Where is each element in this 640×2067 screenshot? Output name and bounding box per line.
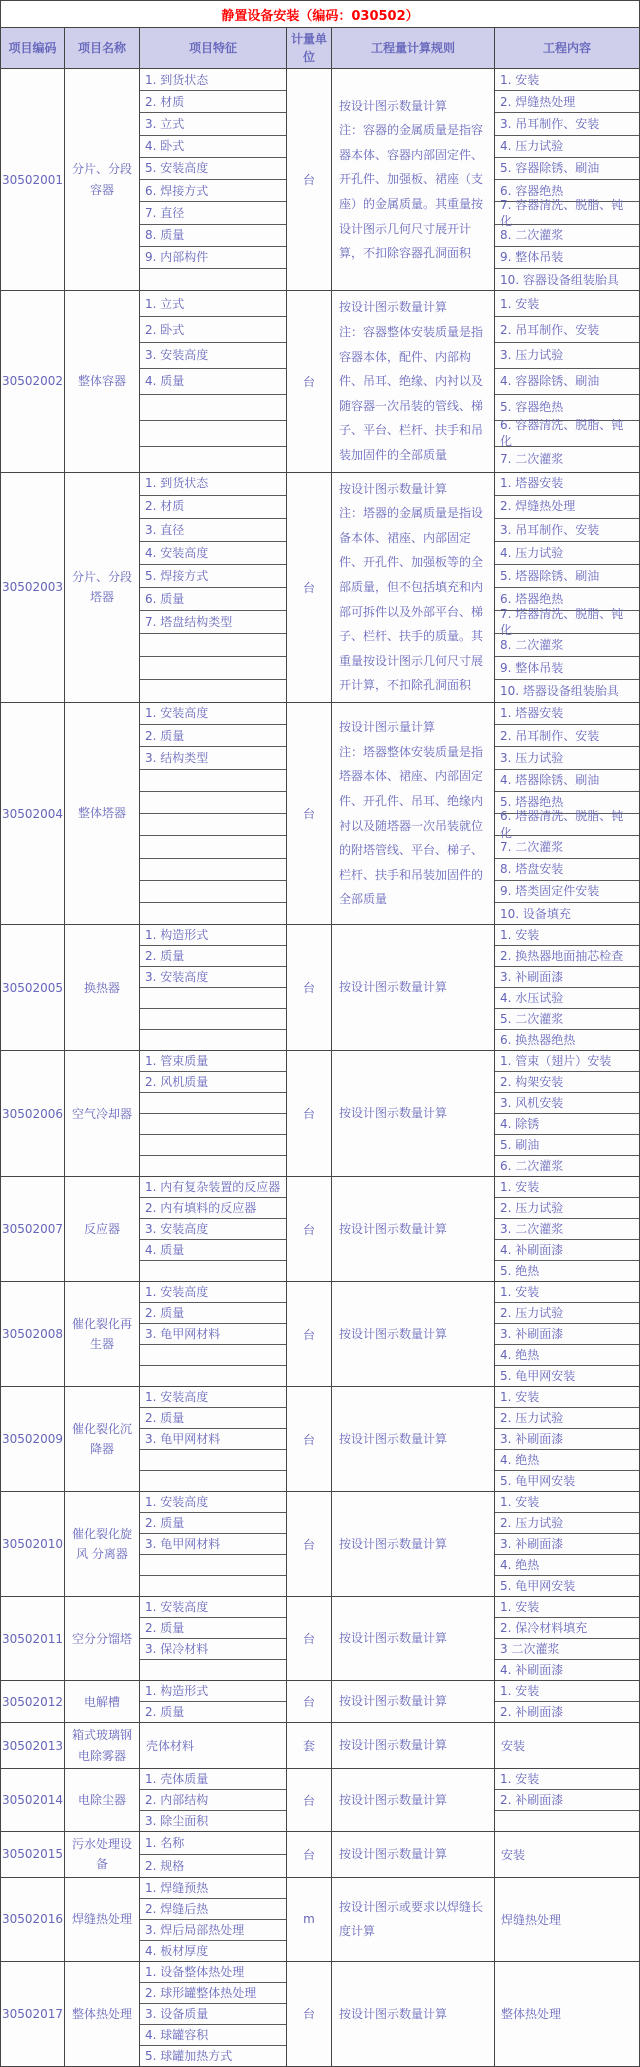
quantity-rule: 按设计图示数量计算 xyxy=(331,1681,494,1722)
content-item: 4. 塔器除锈、刷油 xyxy=(495,770,639,792)
content-item: 4. 水压试验 xyxy=(495,988,639,1009)
content-item: 安装 xyxy=(495,1832,639,1877)
measure-unit: 台 xyxy=(286,1832,331,1877)
feature-item: 5. 球罐加热方式 xyxy=(140,2046,286,2066)
table-row: 30502016焊缝热处理1. 焊缝预热2. 焊缝后热3. 焊后局部热处理4. … xyxy=(1,1877,639,1961)
contents-cell: 安装 xyxy=(494,1832,639,1877)
features-list: 1. 构造形式2. 质量 xyxy=(140,1681,286,1722)
project-name: 催化裂化沉降器 xyxy=(64,1387,139,1491)
feature-item: 1. 安装高度 xyxy=(140,1597,286,1618)
measure-unit: 套 xyxy=(286,1723,331,1768)
feature-item: 2. 球形罐整体热处理 xyxy=(140,1983,286,2004)
content-item: 2. 压力试验 xyxy=(495,1408,639,1429)
feature-item: 2. 质量 xyxy=(140,725,286,747)
feature-item: 2. 质量 xyxy=(140,1303,286,1324)
feature-item xyxy=(140,269,286,290)
feature-item: 3. 安装高度 xyxy=(140,1219,286,1240)
content-item: 1. 安装 xyxy=(495,1681,639,1702)
content-item: 9. 整体吊装 xyxy=(495,657,639,680)
features-list: 1. 安装高度2. 质量3. 龟甲网材料 xyxy=(140,1282,286,1386)
features-cell: 1. 壳体质量2. 内部结构3. 除尘面积 xyxy=(139,1769,286,1831)
content-item: 3. 补刷面漆 xyxy=(495,1534,639,1555)
feature-item: 1. 管束质量 xyxy=(140,1051,286,1072)
content-item: 安装 xyxy=(495,1723,639,1768)
contents-list: 1. 塔器安装2. 吊耳制作、安装3. 压力试验4. 塔器除锈、刷油5. 塔器绝… xyxy=(495,703,639,924)
features-cell: 1. 到货状态2. 材质3. 立式4. 卧式5. 安装高度6. 焊接方式7. 直… xyxy=(139,69,286,290)
contents-list: 1. 安装2. 焊缝热处理3. 吊耳制作、安装4. 压力试验5. 容器除锈、刷油… xyxy=(495,69,639,290)
project-name: 催化裂化旋风 分离器 xyxy=(64,1492,139,1596)
quantity-rule-line: 按设计图示量计算 xyxy=(339,715,487,740)
feature-item: 4. 质量 xyxy=(140,1240,286,1261)
measure-unit: 台 xyxy=(286,1597,331,1680)
contents-list: 1. 安装2. 补刷面漆 xyxy=(495,1769,639,1831)
quantity-rule-line: 按设计图示数量计算 xyxy=(339,1788,487,1813)
content-item: 5. 容器除锈、刷油 xyxy=(495,158,639,180)
feature-item: 1. 壳体质量 xyxy=(140,1769,286,1790)
features-list: 1. 立式2. 卧式3. 安装高度4. 质量 xyxy=(140,291,286,471)
content-item: 4. 补刷面漆 xyxy=(495,1660,639,1680)
project-name: 分片、分段容器 xyxy=(64,69,139,290)
feature-item: 2. 质量 xyxy=(140,1618,286,1639)
feature-item: 1. 构造形式 xyxy=(140,1681,286,1702)
features-cell: 1. 安装高度2. 质量3. 龟甲网材料 xyxy=(139,1492,286,1596)
content-item: 2. 构架安装 xyxy=(495,1072,639,1093)
content-item: 3 二次灌浆 xyxy=(495,1639,639,1660)
feature-item: 3. 保冷材料 xyxy=(140,1639,286,1660)
quantity-rule-line: 按设计图示数量计算 xyxy=(339,1842,487,1867)
project-code: 30502001 xyxy=(1,69,64,290)
measure-unit: 台 xyxy=(286,69,331,290)
content-item: 4. 补刷面漆 xyxy=(495,1240,639,1261)
features-list: 1. 安装高度2. 质量3. 保冷材料 xyxy=(140,1597,286,1680)
project-code: 30502011 xyxy=(1,1597,64,1680)
feature-item: 2. 质量 xyxy=(140,946,286,967)
contents-cell: 1. 安装2. 保冷材料填充3 二次灌浆4. 补刷面漆 xyxy=(494,1597,639,1680)
content-item: 4. 压力试验 xyxy=(495,542,639,565)
features-cell: 壳体材料 xyxy=(139,1723,286,1768)
contents-cell: 1. 安装2. 压力试验3. 二次灌浆4. 补刷面漆5. 绝热 xyxy=(494,1177,639,1281)
feature-item: 3. 直径 xyxy=(140,519,286,542)
feature-item: 2. 材质 xyxy=(140,496,286,519)
content-item: 4. 绝热 xyxy=(495,1555,639,1576)
content-item: 1. 安装 xyxy=(495,1769,639,1790)
feature-item xyxy=(140,988,286,1009)
content-item: 10. 设备填充 xyxy=(495,903,639,924)
features-cell: 1. 安装高度2. 质量3. 结构类型 xyxy=(139,703,286,924)
project-code: 30502003 xyxy=(1,473,64,702)
contents-cell: 1. 管束（翅片）安装2. 构架安装3. 风机安装4. 除锈5. 刷油6. 二次… xyxy=(494,1051,639,1176)
measure-unit: 台 xyxy=(286,1769,331,1831)
quantity-rule: 按设计图示数量计算 xyxy=(331,1723,494,1768)
quantity-rule: 按设计图示数量计算 xyxy=(331,925,494,1050)
content-item: 6. 换热器绝热 xyxy=(495,1030,639,1050)
content-item: 10. 容器设备组装胎具 xyxy=(495,269,639,290)
contents-list: 1. 安装2. 压力试验3. 补刷面漆4. 绝热5. 龟甲网安装 xyxy=(495,1492,639,1596)
feature-item: 3. 除尘面积 xyxy=(140,1811,286,1831)
features-cell: 1. 立式2. 卧式3. 安装高度4. 质量 xyxy=(139,291,286,471)
project-code: 30502009 xyxy=(1,1387,64,1491)
quantity-rule-line: 按设计图示数量计算 xyxy=(339,1733,487,1758)
contents-cell: 整体热处理 xyxy=(494,1962,639,2066)
table-row: 30502012电解槽1. 构造形式2. 质量台按设计图示数量计算1. 安装2.… xyxy=(1,1680,639,1722)
feature-item xyxy=(140,1660,286,1680)
project-name: 整体容器 xyxy=(64,291,139,471)
project-name: 电解槽 xyxy=(64,1681,139,1722)
feature-item: 1. 安装高度 xyxy=(140,703,286,725)
feature-item: 4. 球罐容积 xyxy=(140,2025,286,2046)
table-row: 30502005换热器1. 构造形式2. 质量3. 安装高度台按设计图示数量计算… xyxy=(1,924,639,1050)
project-code: 30502005 xyxy=(1,925,64,1050)
contents-cell: 1. 安装2. 压力试验3. 补刷面漆4. 绝热5. 龟甲网安装 xyxy=(494,1492,639,1596)
content-item: 焊缝热处理 xyxy=(495,1878,639,1961)
features-cell: 1. 名称2. 规格 xyxy=(139,1832,286,1877)
content-item: 3. 吊耳制作、安装 xyxy=(495,113,639,135)
project-code: 30502010 xyxy=(1,1492,64,1596)
feature-item: 1. 内有复杂装置的反应器 xyxy=(140,1177,286,1198)
features-list: 1. 名称2. 规格 xyxy=(140,1832,286,1877)
measure-unit: 台 xyxy=(286,703,331,924)
project-name: 反应器 xyxy=(64,1177,139,1281)
project-code: 30502002 xyxy=(1,291,64,471)
feature-item: 5. 安装高度 xyxy=(140,158,286,180)
content-item: 2. 补刷面漆 xyxy=(495,1702,639,1722)
content-item: 3. 压力试验 xyxy=(495,343,639,369)
content-item: 4. 容器除锈、刷油 xyxy=(495,369,639,395)
quantity-rule-line: 按设计图示数量计算 xyxy=(339,477,487,502)
features-cell: 1. 到货状态2. 材质3. 直径4. 安装高度5. 焊接方式6. 质量7. 塔… xyxy=(139,473,286,702)
feature-item: 4. 质量 xyxy=(140,369,286,395)
contents-list: 1. 管束（翅片）安装2. 构架安装3. 风机安装4. 除锈5. 刷油6. 二次… xyxy=(495,1051,639,1176)
table-row: 30502014电除尘器1. 壳体质量2. 内部结构3. 除尘面积台按设计图示数… xyxy=(1,1768,639,1831)
quantity-rule-line: 注：容器整体安装质量是指容器本体，配件、内部构件、吊耳、绝缘、内衬以及随容器一次… xyxy=(339,320,487,468)
feature-item: 2. 卧式 xyxy=(140,317,286,343)
contents-cell: 1. 塔器安装2. 吊耳制作、安装3. 压力试验4. 塔器除锈、刷油5. 塔器绝… xyxy=(494,703,639,924)
feature-item xyxy=(140,680,286,702)
feature-item: 2. 材质 xyxy=(140,91,286,113)
feature-item: 2. 内部结构 xyxy=(140,1790,286,1811)
contents-cell: 1. 安装2. 换热器地面抽芯检查3. 补刷面漆4. 水压试验5. 二次灌浆6.… xyxy=(494,925,639,1050)
content-item: 2. 压力试验 xyxy=(495,1303,639,1324)
content-item: 10. 塔器设备组装胎具 xyxy=(495,680,639,702)
table-row: 30502002整体容器1. 立式2. 卧式3. 安装高度4. 质量台按设计图示… xyxy=(1,290,639,471)
quantity-rule: 按设计图示数量计算 xyxy=(331,1492,494,1596)
quantity-rule: 按设计图示数量计算 xyxy=(331,1597,494,1680)
feature-item: 1. 安装高度 xyxy=(140,1387,286,1408)
quantity-rule-line: 注：塔器整体安装质量是指塔器本体、裙座、内部固定件、开孔件、吊耳、绝缘内衬以及随… xyxy=(339,740,487,912)
feature-item xyxy=(140,792,286,814)
measure-unit: 台 xyxy=(286,1051,331,1176)
project-code: 30502004 xyxy=(1,703,64,924)
feature-item: 2. 质量 xyxy=(140,1408,286,1429)
feature-item: 1. 设备整体热处理 xyxy=(140,1962,286,1983)
content-item: 1. 塔器安装 xyxy=(495,703,639,725)
feature-item xyxy=(140,770,286,792)
feature-item: 8. 质量 xyxy=(140,225,286,247)
content-item: 1. 安装 xyxy=(495,1492,639,1513)
content-item: 2. 焊缝热处理 xyxy=(495,91,639,113)
measure-unit: m xyxy=(286,1878,331,1961)
feature-item: 2. 质量 xyxy=(140,1513,286,1534)
contents-cell: 1. 塔器安装2. 焊缝热处理3. 吊耳制作、安装4. 压力试验5. 塔器除锈、… xyxy=(494,473,639,702)
feature-item xyxy=(140,421,286,447)
measure-unit: 台 xyxy=(286,291,331,471)
measure-unit: 台 xyxy=(286,1282,331,1386)
quantity-rule-line: 按设计图示数量计算 xyxy=(339,1427,487,1452)
feature-item xyxy=(140,836,286,858)
features-list: 1. 焊缝预热2. 焊缝后热3. 焊后局部热处理4. 板材厚度 xyxy=(140,1878,286,1961)
contents-cell: 1. 安装2. 补刷面漆 xyxy=(494,1769,639,1831)
feature-item xyxy=(140,1471,286,1491)
content-item: 1. 管束（翅片）安装 xyxy=(495,1051,639,1072)
table-row: 30502015污水处理设备1. 名称2. 规格台按设计图示数量计算安装 xyxy=(1,1831,639,1877)
contents-list: 1. 安装2. 压力试验3. 补刷面漆4. 绝热5. 龟甲网安装 xyxy=(495,1387,639,1491)
feature-item xyxy=(140,1009,286,1030)
feature-item: 1. 焊缝预热 xyxy=(140,1878,286,1899)
content-item: 9. 整体吊装 xyxy=(495,247,639,269)
project-name: 空分分馏塔 xyxy=(64,1597,139,1680)
feature-item: 2. 质量 xyxy=(140,1702,286,1722)
features-cell: 1. 安装高度2. 质量3. 龟甲网材料 xyxy=(139,1282,286,1386)
table-title: 静置设备安装（编码：030502） xyxy=(1,1,639,27)
content-item: 1. 安装 xyxy=(495,291,639,317)
feature-item: 2. 规格 xyxy=(140,1855,286,1877)
content-item: 1. 安装 xyxy=(495,69,639,91)
content-item: 5. 二次灌浆 xyxy=(495,1009,639,1030)
project-code: 30502016 xyxy=(1,1878,64,1961)
feature-item xyxy=(140,395,286,421)
feature-item: 3. 龟甲网材料 xyxy=(140,1429,286,1450)
contents-list: 1. 安装2. 换热器地面抽芯检查3. 补刷面漆4. 水压试验5. 二次灌浆6.… xyxy=(495,925,639,1050)
feature-item: 壳体材料 xyxy=(140,1723,286,1768)
project-code: 30502008 xyxy=(1,1282,64,1386)
feature-item xyxy=(140,1135,286,1156)
project-name: 焊缝热处理 xyxy=(64,1878,139,1961)
content-item: 2. 补刷面漆 xyxy=(495,1790,639,1811)
feature-item xyxy=(140,881,286,903)
header-project-code: 项目编码 xyxy=(1,28,64,68)
content-item: 5. 绝热 xyxy=(495,1261,639,1281)
table-row: 30502017整体热处理1. 设备整体热处理2. 球形罐整体热处理3. 设备质… xyxy=(1,1961,639,2066)
content-item: 8. 二次灌浆 xyxy=(495,225,639,247)
feature-item: 2. 风机质量 xyxy=(140,1072,286,1093)
content-item: 7. 容器清洗、脱脂、钝化 xyxy=(495,202,639,224)
contents-list: 1. 安装2. 补刷面漆 xyxy=(495,1681,639,1722)
table-body: 30502001分片、分段容器1. 到货状态2. 材质3. 立式4. 卧式5. … xyxy=(1,68,639,2066)
quantity-rule-line: 按设计图示数量计算 xyxy=(339,2002,487,2027)
content-item: 2. 焊缝热处理 xyxy=(495,496,639,519)
features-cell: 1. 设备整体热处理2. 球形罐整体热处理3. 设备质量4. 球罐容积5. 球罐… xyxy=(139,1962,286,2066)
feature-item: 1. 安装高度 xyxy=(140,1492,286,1513)
content-item: 5. 龟甲网安装 xyxy=(495,1471,639,1491)
header-project-name: 项目名称 xyxy=(64,28,139,68)
feature-item: 3. 龟甲网材料 xyxy=(140,1534,286,1555)
project-name: 分片、分段塔器 xyxy=(64,473,139,702)
contents-cell: 安装 xyxy=(494,1723,639,1768)
measure-unit: 台 xyxy=(286,925,331,1050)
feature-item: 1. 到货状态 xyxy=(140,473,286,496)
feature-item: 1. 立式 xyxy=(140,291,286,317)
features-list: 1. 安装高度2. 质量3. 龟甲网材料 xyxy=(140,1492,286,1596)
quantity-rule-line: 按设计图示数量计算 xyxy=(339,1101,487,1126)
contents-cell: 1. 安装2. 压力试验3. 补刷面漆4. 绝热5. 龟甲网安装 xyxy=(494,1282,639,1386)
feature-item xyxy=(140,859,286,881)
feature-item: 3. 安装高度 xyxy=(140,967,286,988)
project-name: 污水处理设备 xyxy=(64,1832,139,1877)
content-item: 2. 压力试验 xyxy=(495,1198,639,1219)
content-item: 2. 吊耳制作、安装 xyxy=(495,725,639,747)
feature-item xyxy=(140,1093,286,1114)
content-item: 3. 压力试验 xyxy=(495,747,639,769)
feature-item: 3. 安装高度 xyxy=(140,343,286,369)
content-item: 3. 补刷面漆 xyxy=(495,1324,639,1345)
feature-item: 1. 到货状态 xyxy=(140,69,286,91)
feature-item xyxy=(140,1576,286,1596)
header-work-content: 工程内容 xyxy=(494,28,639,68)
table-row: 30502010催化裂化旋风 分离器1. 安装高度2. 质量3. 龟甲网材料台按… xyxy=(1,1491,639,1596)
content-item: 2. 吊耳制作、安装 xyxy=(495,317,639,343)
feature-item: 1. 安装高度 xyxy=(140,1282,286,1303)
content-item: 1. 安装 xyxy=(495,1177,639,1198)
header-quantity-rule: 工程量计算规则 xyxy=(331,28,494,68)
contents-list: 1. 安装2. 压力试验3. 二次灌浆4. 补刷面漆5. 绝热 xyxy=(495,1177,639,1281)
table-row: 30502011空分分馏塔1. 安装高度2. 质量3. 保冷材料台按设计图示数量… xyxy=(1,1596,639,1680)
content-item: 1. 安装 xyxy=(495,1282,639,1303)
project-code: 30502013 xyxy=(1,1723,64,1768)
feature-item: 1. 名称 xyxy=(140,1832,286,1855)
quantity-rule-line: 按设计图示数量计算 xyxy=(339,295,487,320)
table-row: 30502004整体塔器1. 安装高度2. 质量3. 结构类型台按设计图示量计算… xyxy=(1,702,639,924)
content-item: 3. 补刷面漆 xyxy=(495,1429,639,1450)
features-cell: 1. 安装高度2. 质量3. 龟甲网材料 xyxy=(139,1387,286,1491)
table-row: 30502009催化裂化沉降器1. 安装高度2. 质量3. 龟甲网材料台按设计图… xyxy=(1,1386,639,1491)
content-item: 6. 容器清洗、脱脂、钝化 xyxy=(495,421,639,447)
features-list: 1. 构造形式2. 质量3. 安装高度 xyxy=(140,925,286,1050)
features-list: 1. 壳体质量2. 内部结构3. 除尘面积 xyxy=(140,1769,286,1831)
feature-item xyxy=(140,1261,286,1281)
quantity-rule: 按设计图示量计算注：塔器整体安装质量是指塔器本体、裙座、内部固定件、开孔件、吊耳… xyxy=(331,703,494,924)
quantity-rule: 按设计图示数量计算 xyxy=(331,1832,494,1877)
project-name: 箱式玻璃钢电除雾器 xyxy=(64,1723,139,1768)
quantity-rule: 按设计图示数量计算注：容器整体安装质量是指容器本体，配件、内部构件、吊耳、绝缘、… xyxy=(331,291,494,471)
project-code: 30502014 xyxy=(1,1769,64,1831)
feature-item: 7. 塔盘结构类型 xyxy=(140,611,286,634)
feature-item: 1. 构造形式 xyxy=(140,925,286,946)
features-cell: 1. 管束质量2. 风机质量 xyxy=(139,1051,286,1176)
content-item: 6. 塔器清洗、脱脂、钝化 xyxy=(495,814,639,836)
content-item: 1. 塔器安装 xyxy=(495,473,639,496)
features-list: 1. 到货状态2. 材质3. 立式4. 卧式5. 安装高度6. 焊接方式7. 直… xyxy=(140,69,286,290)
table-header: 项目编码项目名称项目特征计量单位工程量计算规则工程内容 xyxy=(1,27,639,68)
measure-unit: 台 xyxy=(286,1681,331,1722)
feature-item xyxy=(140,1555,286,1576)
feature-item: 5. 焊接方式 xyxy=(140,565,286,588)
features-list: 1. 内有复杂装置的反应器2. 内有填料的反应器3. 安装高度4. 质量 xyxy=(140,1177,286,1281)
quantity-rule-line: 按设计图示数量计算 xyxy=(339,1322,487,1347)
quantity-rule: 按设计图示数量计算 xyxy=(331,1962,494,2066)
features-cell: 1. 构造形式2. 质量 xyxy=(139,1681,286,1722)
feature-item: 7. 直径 xyxy=(140,202,286,224)
feature-item xyxy=(140,447,286,472)
measure-unit: 台 xyxy=(286,473,331,702)
project-code: 30502006 xyxy=(1,1051,64,1176)
content-item: 5. 龟甲网安装 xyxy=(495,1366,639,1386)
header-project-features: 项目特征 xyxy=(139,28,286,68)
feature-item: 4. 卧式 xyxy=(140,136,286,158)
features-list: 1. 安装高度2. 质量3. 结构类型 xyxy=(140,703,286,924)
contents-list: 1. 塔器安装2. 焊缝热处理3. 吊耳制作、安装4. 压力试验5. 塔器除锈、… xyxy=(495,473,639,702)
contents-cell: 1. 安装2. 吊耳制作、安装3. 压力试验4. 容器除锈、刷油5. 容器绝热6… xyxy=(494,291,639,471)
feature-item xyxy=(140,1114,286,1135)
content-item: 9. 塔类固定件安装 xyxy=(495,881,639,903)
quantity-rule-line: 按设计图示数量计算 xyxy=(339,94,487,119)
quantity-rule: 按设计图示数量计算 xyxy=(331,1282,494,1386)
features-cell: 1. 内有复杂装置的反应器2. 内有填料的反应器3. 安装高度4. 质量 xyxy=(139,1177,286,1281)
quantity-rule-line: 注：容器的金属质量是指容器本体、容器内部固定件、开孔件、加强板、裙座（支座）的金… xyxy=(339,118,487,266)
content-item: 1. 安装 xyxy=(495,1387,639,1408)
quantity-rule-line: 按设计图示数量计算 xyxy=(339,1689,487,1714)
feature-item xyxy=(140,1030,286,1050)
feature-item: 6. 质量 xyxy=(140,588,286,611)
quantity-rule-line: 按设计图示或要求以焊缝长度计算 xyxy=(339,1895,487,1944)
quantity-rule-line: 注：塔器的金属质量是指设备本体、裙座、内部固定件、开孔件、加强板等的全部质量，但… xyxy=(339,501,487,698)
project-code: 30502017 xyxy=(1,1962,64,2066)
feature-item: 9. 内部构件 xyxy=(140,247,286,269)
content-item: 8. 塔盘安装 xyxy=(495,859,639,881)
content-item: 4. 绝热 xyxy=(495,1450,639,1471)
table-row: 30502008催化裂化再生器1. 安装高度2. 质量3. 龟甲网材料台按设计图… xyxy=(1,1281,639,1386)
quantity-rule: 按设计图示或要求以焊缝长度计算 xyxy=(331,1878,494,1961)
feature-item xyxy=(140,1366,286,1386)
features-list: 1. 安装高度2. 质量3. 龟甲网材料 xyxy=(140,1387,286,1491)
content-item: 3. 补刷面漆 xyxy=(495,967,639,988)
feature-item: 3. 龟甲网材料 xyxy=(140,1324,286,1345)
feature-item xyxy=(140,814,286,836)
features-list: 1. 到货状态2. 材质3. 直径4. 安装高度5. 焊接方式6. 质量7. 塔… xyxy=(140,473,286,702)
content-item: 1. 安装 xyxy=(495,1597,639,1618)
measure-unit: 台 xyxy=(286,1177,331,1281)
features-cell: 1. 焊缝预热2. 焊缝后热3. 焊后局部热处理4. 板材厚度 xyxy=(139,1878,286,1961)
content-item: 6. 二次灌浆 xyxy=(495,1156,639,1176)
feature-item: 6. 焊接方式 xyxy=(140,180,286,202)
content-item xyxy=(495,1811,639,1831)
quantity-rule: 按设计图示数量计算 xyxy=(331,1177,494,1281)
content-item: 7. 二次灌浆 xyxy=(495,836,639,858)
feature-item: 3. 结构类型 xyxy=(140,747,286,769)
project-code: 30502007 xyxy=(1,1177,64,1281)
features-cell: 1. 安装高度2. 质量3. 保冷材料 xyxy=(139,1597,286,1680)
quantity-rule: 按设计图示数量计算注：容器的金属质量是指容器本体、容器内部固定件、开孔件、加强板… xyxy=(331,69,494,290)
measure-unit: 台 xyxy=(286,1387,331,1491)
quantity-rule-line: 按设计图示数量计算 xyxy=(339,1532,487,1557)
measure-unit: 台 xyxy=(286,1492,331,1596)
content-item: 1. 安装 xyxy=(495,925,639,946)
table-row: 30502003分片、分段塔器1. 到货状态2. 材质3. 直径4. 安装高度5… xyxy=(1,472,639,702)
project-name: 换热器 xyxy=(64,925,139,1050)
content-item: 3. 二次灌浆 xyxy=(495,1219,639,1240)
content-item: 5. 塔器除锈、刷油 xyxy=(495,565,639,588)
feature-item xyxy=(140,657,286,680)
feature-item: 2. 焊缝后热 xyxy=(140,1899,286,1920)
table-row: 30502001分片、分段容器1. 到货状态2. 材质3. 立式4. 卧式5. … xyxy=(1,68,639,290)
content-item: 7. 二次灌浆 xyxy=(495,447,639,472)
measure-unit: 台 xyxy=(286,1962,331,2066)
table-row: 30502006空气冷却器1. 管束质量2. 风机质量台按设计图示数量计算1. … xyxy=(1,1050,639,1176)
project-name: 整体热处理 xyxy=(64,1962,139,2066)
content-item: 3. 风机安装 xyxy=(495,1093,639,1114)
feature-item xyxy=(140,1345,286,1366)
quantity-rule: 按设计图示数量计算 xyxy=(331,1051,494,1176)
feature-item xyxy=(140,634,286,657)
